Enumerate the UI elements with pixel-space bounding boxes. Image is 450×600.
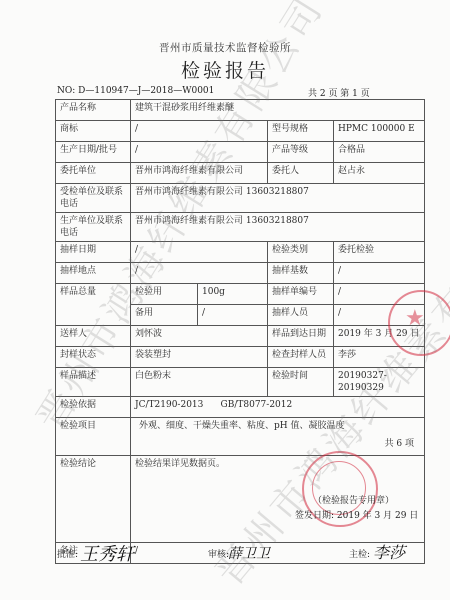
label-grade: 产品等级 — [268, 142, 334, 163]
value-sampling-place: / — [131, 263, 268, 284]
row-sample-total-test: 样品总量 检验用 100g 抽样单编号 / — [56, 284, 425, 305]
value-client-unit: 晋州市鸿海纤维素有限公司 — [131, 163, 268, 184]
main-inspector-signature: 李莎 — [373, 540, 405, 563]
row-trademark: 商标 / 型号规格 HPMC 100000 E — [56, 121, 425, 142]
value-client-person: 赵占永 — [334, 163, 425, 184]
value-trademark: / — [131, 121, 268, 142]
row-producer-unit: 生产单位及联系电话 晋州市鸿海纤维素有限公司 13603218807 — [56, 213, 425, 242]
row-product-name: 产品名称 建筑干混砂浆用纤维素醚 — [56, 100, 425, 121]
value-spare: / — [198, 305, 268, 326]
row-seal-state: 封样状态 袋装塑封 检查封样人员 李莎 — [56, 347, 425, 368]
value-inspection-type: 委托检验 — [334, 242, 425, 263]
stamp-note: （检验报告专用章） — [313, 493, 394, 506]
report-number: NO: D—110947—J—2018—W0001 — [57, 86, 214, 96]
label-sampler: 抽样人员 — [268, 305, 334, 326]
row-client: 委托单位 晋州市鸿海纤维素有限公司 委托人 赵占永 — [56, 163, 425, 184]
official-seal-inner-ring — [312, 461, 366, 515]
label-seal-state: 封样状态 — [56, 347, 131, 368]
label-items: 检验项目 — [56, 418, 131, 456]
row-sender: 送样人 刘怀波 样品到达日期 2019 年 3 月 29 日 — [56, 326, 425, 347]
label-sampling-place: 抽样地点 — [56, 263, 131, 284]
approve-label: 批准: — [57, 547, 78, 560]
value-items: 外观、细度、干燥失重率、粘度、pH 值、凝胶温度 — [135, 420, 420, 432]
label-sampling-base: 抽样基数 — [268, 263, 334, 284]
label-trademark: 商标 — [56, 121, 131, 142]
page-info: 共 2 页 第 1 页 — [308, 86, 370, 99]
value-for-test: 100g — [198, 284, 268, 305]
label-sample-desc: 样品描述 — [56, 368, 131, 397]
organization-name: 晋州市质量技术监督检验所 — [0, 40, 450, 55]
stamp-star-icon: ★ — [405, 306, 425, 331]
value-producer-unit: 晋州市鸿海纤维素有限公司 13603218807 — [131, 213, 425, 242]
label-for-test: 检验用 — [131, 284, 198, 305]
label-spare: 备用 — [131, 305, 198, 326]
label-arrival-date: 样品到达日期 — [268, 326, 334, 347]
label-sender: 送样人 — [56, 326, 131, 347]
value-sample-desc: 白色粉末 — [131, 368, 268, 397]
label-model: 型号规格 — [268, 121, 334, 142]
main-inspector-label: 主检: — [349, 547, 370, 560]
value-seal-state: 袋装塑封 — [131, 347, 268, 368]
value-inspected-unit: 晋州市鸿海纤维素有限公司 13603218807 — [131, 184, 425, 213]
value-product-name: 建筑干混砂浆用纤维素醚 — [131, 100, 425, 121]
label-sampling-no: 抽样单编号 — [268, 284, 334, 305]
review-label: 审核: — [208, 547, 229, 560]
value-model: HPMC 100000 E — [334, 121, 425, 142]
report-title: 检验报告 — [0, 56, 450, 83]
label-product-name: 产品名称 — [56, 100, 131, 121]
row-sample-desc: 样品描述 白色粉末 检验时间 20190327-20190329 — [56, 368, 425, 397]
label-inspected-unit: 受检单位及联系电话 — [56, 184, 131, 213]
value-sender: 刘怀波 — [131, 326, 268, 347]
row-sampling-place: 抽样地点 / 抽样基数 / — [56, 263, 425, 284]
review-signature: 薛卫卫 — [228, 543, 270, 563]
items-count: 共 6 项 — [135, 438, 420, 450]
value-basis: JC/T2190-2013 GB/T8077-2012 — [131, 397, 425, 418]
row-items: 检验项目 外观、细度、干燥失重率、粘度、pH 值、凝胶温度 共 6 项 — [56, 418, 425, 456]
label-seal-checker: 检查封样人员 — [268, 347, 334, 368]
row-sampling-date: 抽样日期 / 检验类别 委托检验 — [56, 242, 425, 263]
row-production-date: 生产日期/批号 / 产品等级 合格品 — [56, 142, 425, 163]
value-production-date: / — [131, 142, 268, 163]
value-inspection-time: 20190327-20190329 — [334, 368, 425, 397]
issue-date: 签发日期: 2019 年 3 月 29 日 — [295, 508, 418, 521]
approve-signature: 王秀轩 — [80, 540, 134, 566]
value-sampling-date: / — [131, 242, 268, 263]
label-client-unit: 委托单位 — [56, 163, 131, 184]
row-basis: 检验依据 JC/T2190-2013 GB/T8077-2012 — [56, 397, 425, 418]
label-basis: 检验依据 — [56, 397, 131, 418]
row-inspected-unit: 受检单位及联系电话 晋州市鸿海纤维素有限公司 13603218807 — [56, 184, 425, 213]
value-grade: 合格品 — [334, 142, 425, 163]
value-sampling-base: / — [334, 263, 425, 284]
value-items-cell: 外观、细度、干燥失重率、粘度、pH 值、凝胶温度 共 6 项 — [131, 418, 425, 456]
label-client-person: 委托人 — [268, 163, 334, 184]
label-producer-unit: 生产单位及联系电话 — [56, 213, 131, 242]
label-conclusion: 检验结论 — [56, 456, 131, 543]
label-inspection-type: 检验类别 — [268, 242, 334, 263]
label-sample-total: 样品总量 — [56, 284, 131, 326]
label-production-date: 生产日期/批号 — [56, 142, 131, 163]
label-inspection-time: 检验时间 — [268, 368, 334, 397]
label-sampling-date: 抽样日期 — [56, 242, 131, 263]
